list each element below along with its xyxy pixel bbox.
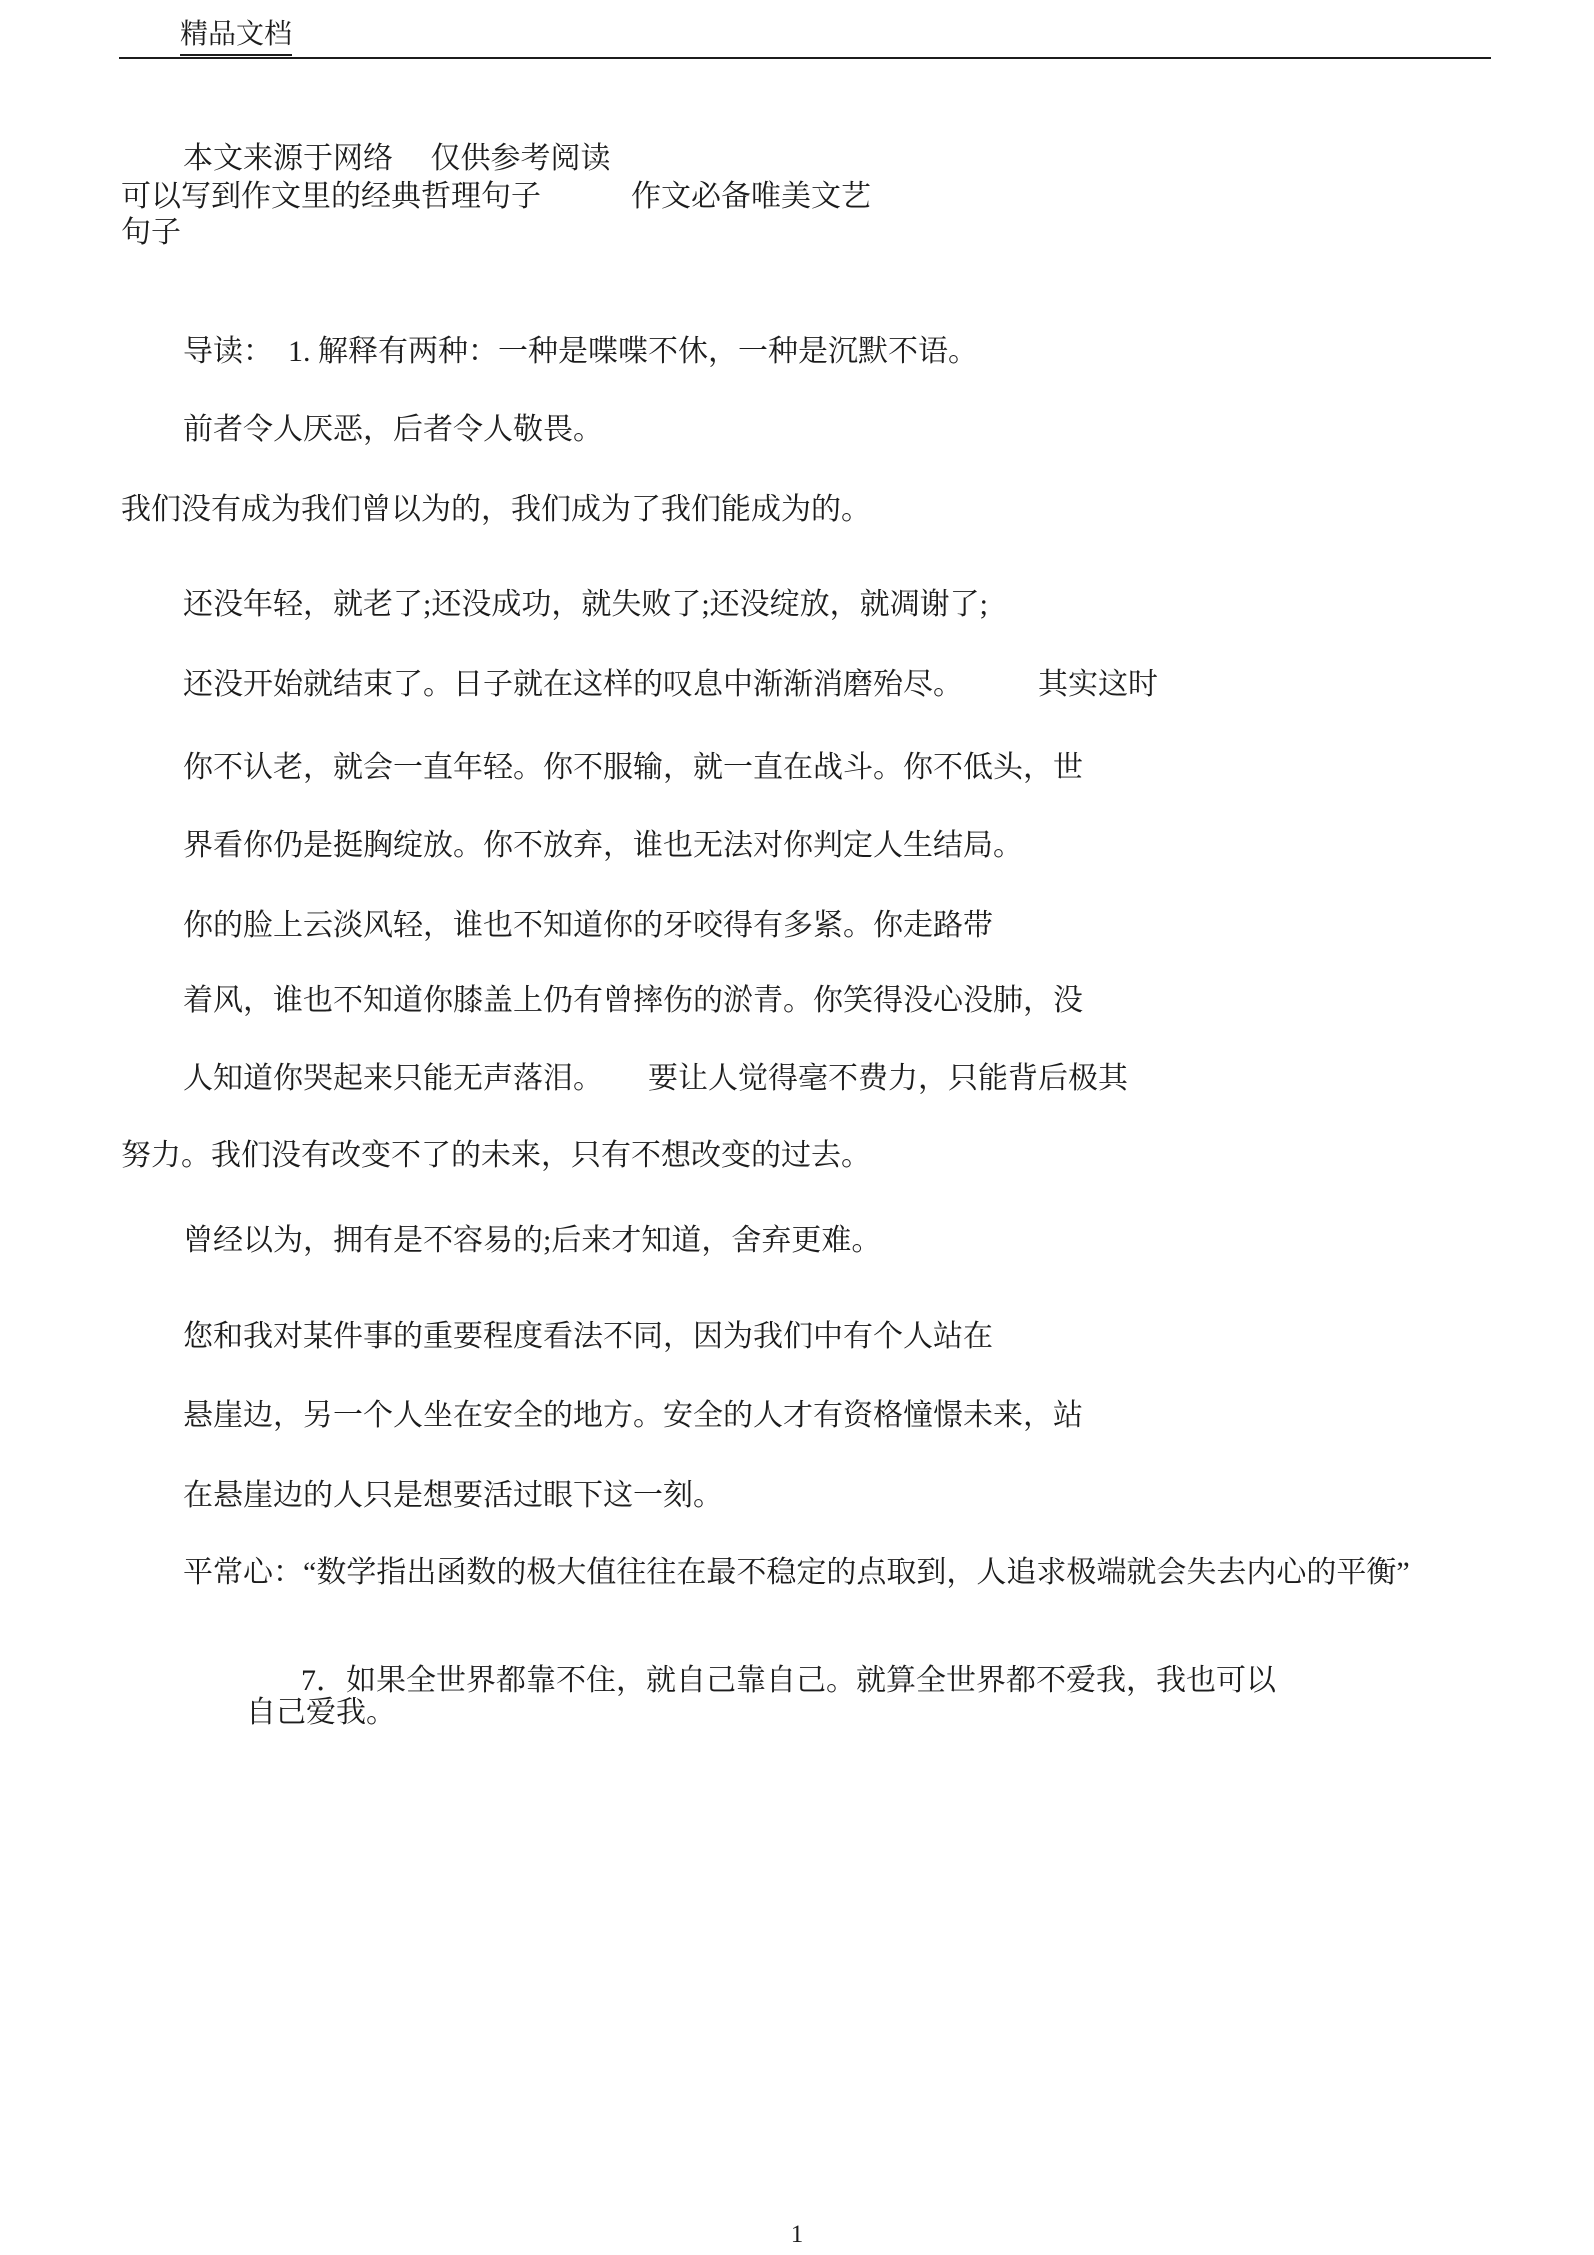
body-line: 在悬崖边的人只是想要活过眼下这一刻。 xyxy=(183,1481,723,1511)
body-line: 你不认老，就会一直年轻。你不服输，就一直在战斗。你不低头，世 xyxy=(183,753,1083,783)
body-line: 着风，谁也不知道你膝盖上仍有曾摔伤的淤青。你笑得没心没肺，没 xyxy=(183,986,1083,1016)
intro-line-source: 本文来源于网络 仅供参考阅读 xyxy=(183,144,611,174)
body-line: 还没开始就结束了。日子就在这样的叹息中渐渐消磨殆尽。 其实这时 xyxy=(183,670,1158,700)
body-line: 悬崖边，另一个人坐在安全的地方。安全的人才有资格憧憬未来，站 xyxy=(183,1401,1083,1431)
header-divider-rule xyxy=(119,57,1491,59)
body-line: 您和我对某件事的重要程度看法不同，因为我们中有个人站在 xyxy=(183,1322,993,1352)
body-line: 前者令人厌恶，后者令人敬畏。 xyxy=(183,415,603,445)
body-line-pingchangxin: 平常心：“数学指出函数的极大值往往在最不稳定的点取到，人追求极端就会失去内心的平… xyxy=(183,1558,1410,1588)
page-number: 1 xyxy=(0,2222,1594,2247)
body-line-item-7-cont: 自己爱我。 xyxy=(246,1698,396,1728)
body-line-daodu: 导读： 1. 解释有两种：一种是喋喋不休，一种是沉默不语。 xyxy=(183,337,978,367)
intro-line-title: 可以写到作文里的经典哲理句子 作文必备唯美文艺 xyxy=(121,182,871,212)
body-line-item-7: 7．如果全世界都靠不住，就自己靠自己。就算全世界都不爱我，我也可以 xyxy=(301,1666,1276,1696)
body-line: 界看你仍是挺胸绽放。你不放弃，谁也无法对你判定人生结局。 xyxy=(183,831,1023,861)
body-line: 还没年轻，就老了;还没成功，就失败了;还没绽放，就凋谢了; xyxy=(183,590,988,620)
body-line: 人知道你哭起来只能无声落泪。 要让人觉得毫不费力，只能背后极其 xyxy=(183,1064,1128,1094)
body-line: 努力。我们没有改变不了的未来，只有不想改变的过去。 xyxy=(121,1141,871,1171)
body-line: 曾经以为，拥有是不容易的;后来才知道，舍弃更难。 xyxy=(183,1226,881,1256)
intro-line-title-cont: 句子 xyxy=(121,218,181,248)
page-header-title: 精品文档 xyxy=(180,20,292,56)
body-line: 我们没有成为我们曾以为的，我们成为了我们能成为的。 xyxy=(121,495,871,525)
document-page: 精品文档 本文来源于网络 仅供参考阅读 可以写到作文里的经典哲理句子 作文必备唯… xyxy=(0,0,1594,2255)
body-line: 你的脸上云淡风轻，谁也不知道你的牙咬得有多紧。你走路带 xyxy=(183,911,993,941)
